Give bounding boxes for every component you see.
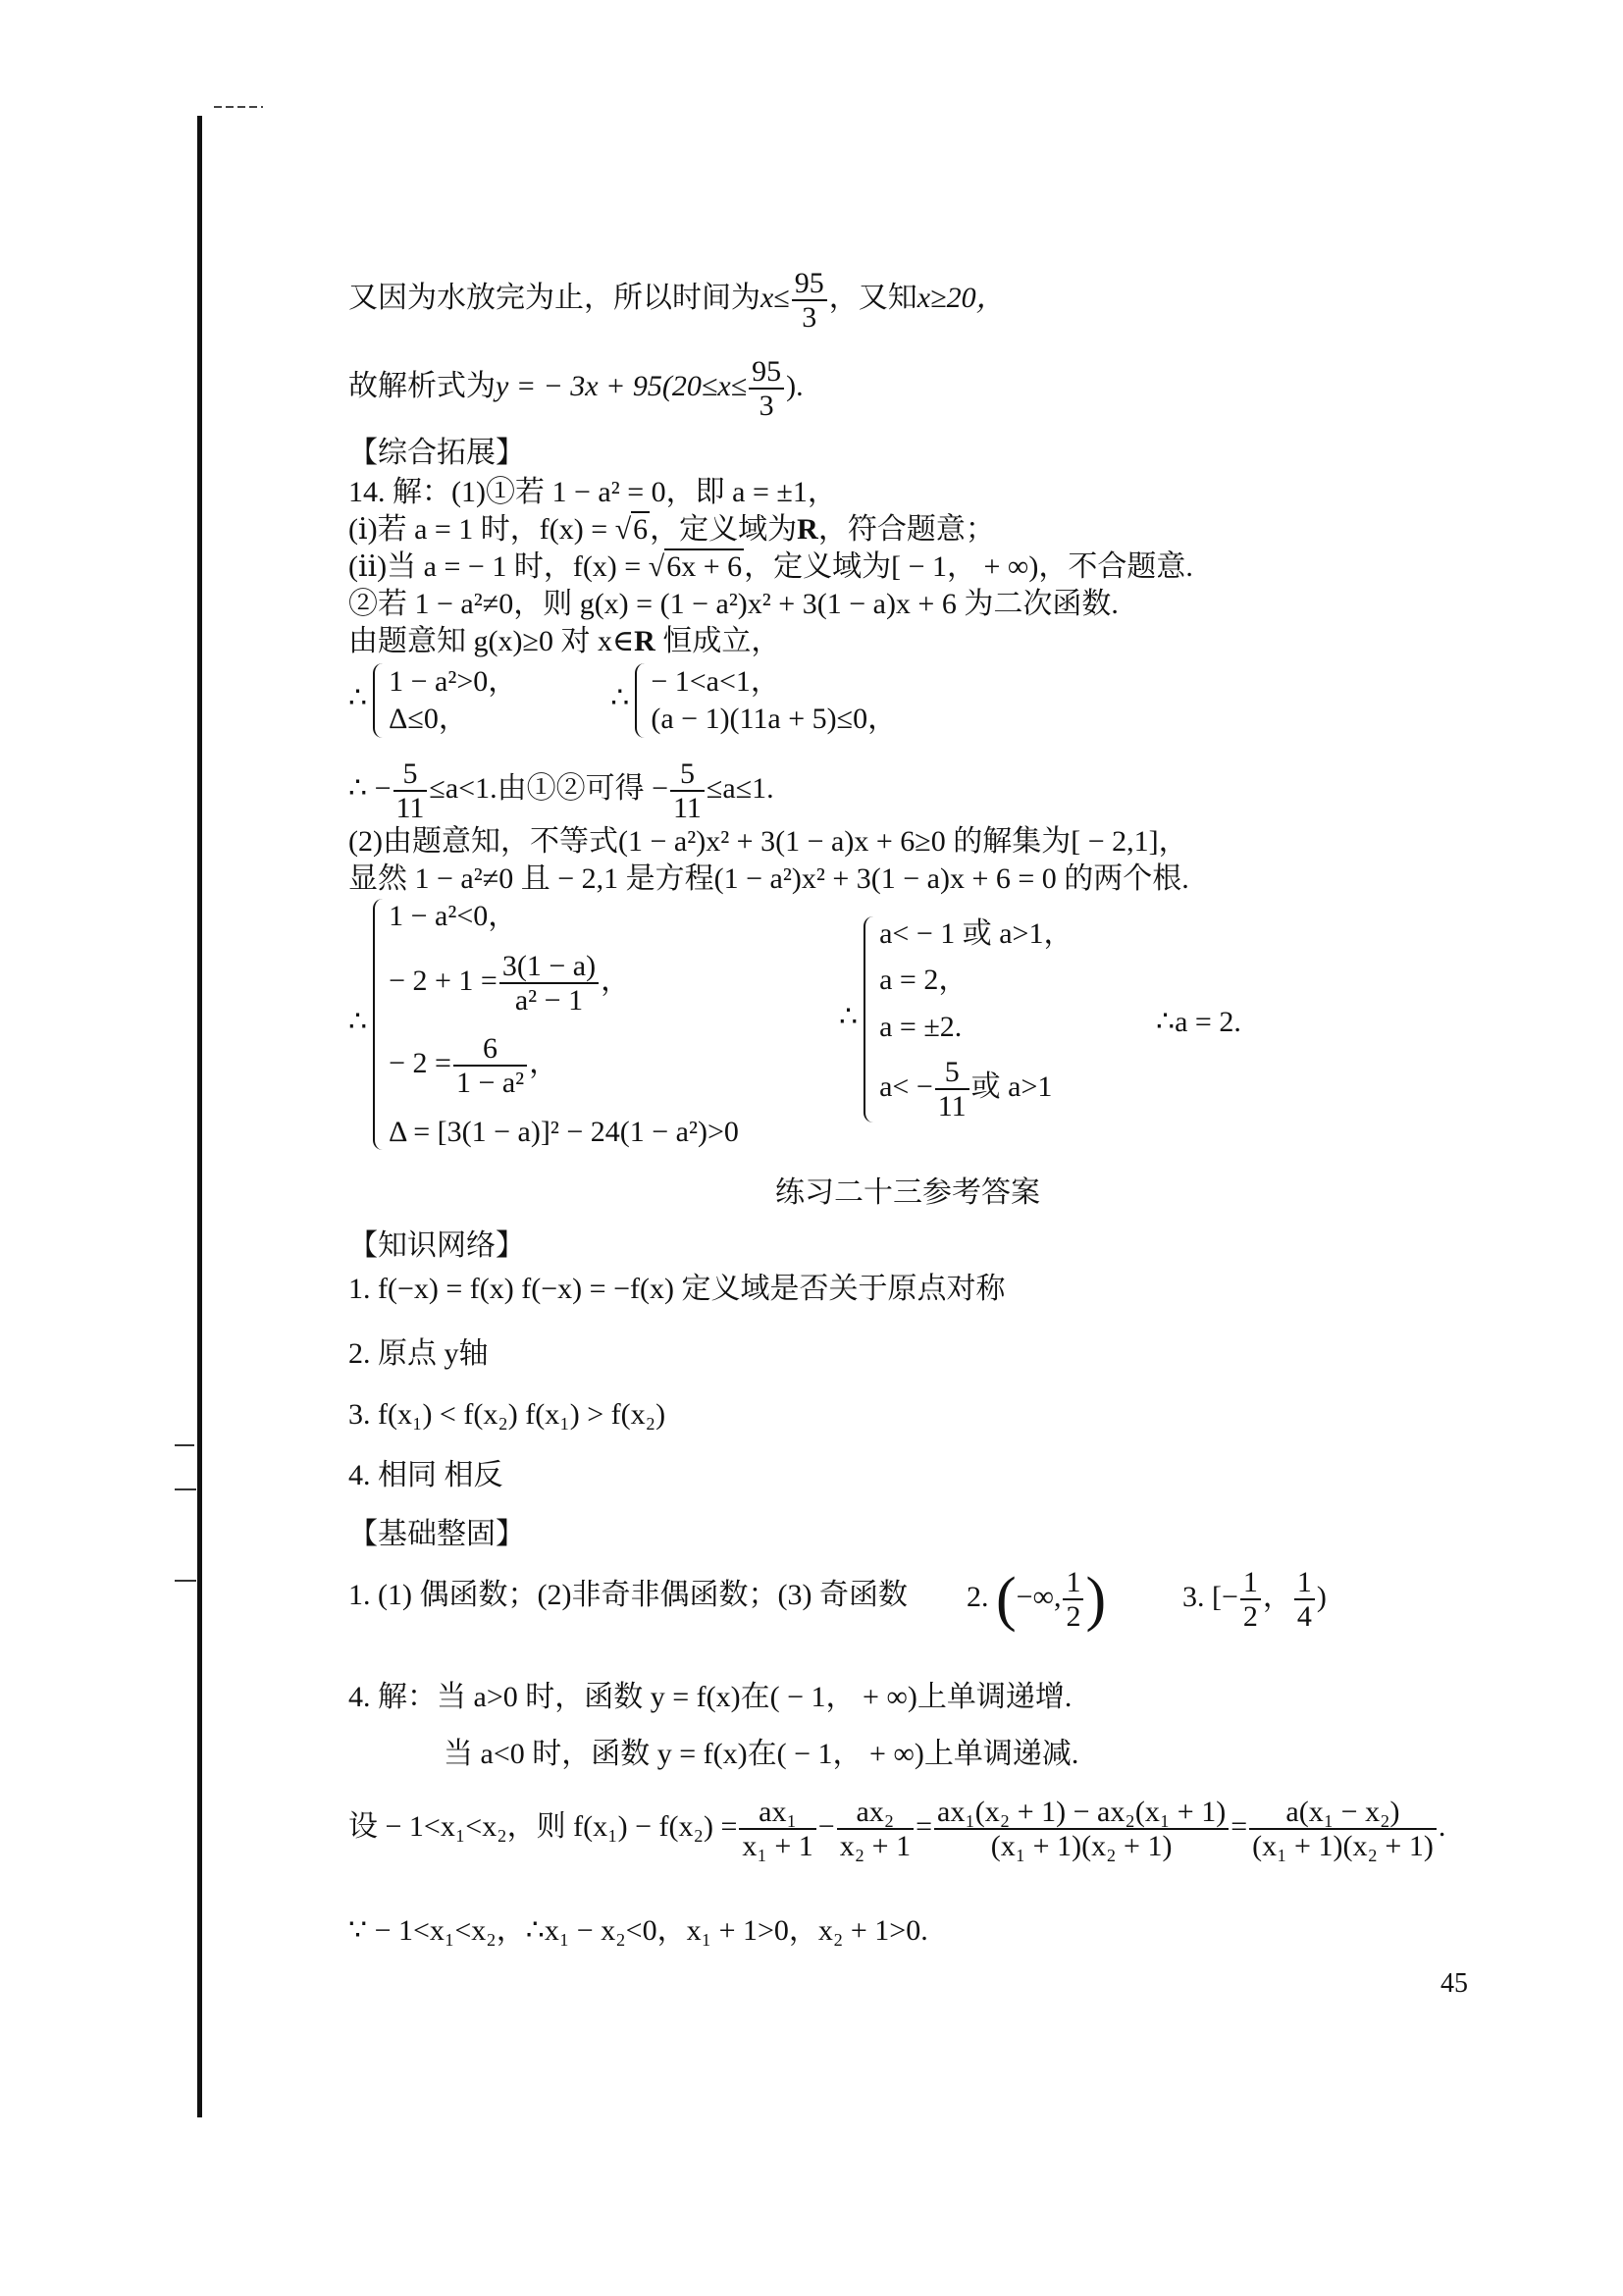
system-row: − 1<a<1，	[651, 663, 897, 701]
text: ∴ −	[348, 772, 392, 805]
fraction: 12	[1063, 1566, 1083, 1633]
fraction: ax₁x₁ + 1	[739, 1796, 815, 1862]
basic-q1: 1. (1) 偶函数；(2)非奇非偶函数；(3) 奇函数	[348, 1578, 908, 1613]
system-rows: a< − 1 或 a>1， a = 2， a = ±2. a< −511或 a>…	[879, 916, 1073, 1122]
brace	[373, 663, 385, 738]
knowledge-item-4: 4. 相同 相反	[348, 1458, 503, 1493]
equation-system-3: 1 − a²<0， − 2 + 1 =3(1 − a)a² − 1， − 2 =…	[373, 899, 739, 1150]
text: )	[1317, 1581, 1327, 1613]
answer-section-title: 练习二十三参考答案	[775, 1168, 1040, 1211]
text: −∞,	[1017, 1581, 1062, 1613]
fraction: 511	[393, 757, 428, 824]
therefore-symbol: ∴	[839, 1000, 858, 1035]
brace	[635, 663, 647, 738]
sqrt-radicand: 6	[631, 511, 650, 546]
denominator: (x₁ + 1)(x₂ + 1)	[934, 1830, 1229, 1862]
q14-line-4: ②若 1 − a²≠0，则 g(x) = (1 − a²)x² + 3(1 − …	[348, 587, 1119, 622]
knowledge-item-1: 1. f(−x) = f(x) f(−x) = −f(x) 定义域是否关于原点对…	[348, 1272, 1005, 1307]
numerator: 95	[749, 355, 784, 390]
system-row: a< −511或 a>1	[879, 1056, 1073, 1122]
q14-line-2: (ⅰ)若 a = 1 时，f(x) = √6，定义域为R，符合题意；	[348, 512, 995, 548]
brace	[864, 916, 875, 1122]
fraction: 953	[749, 355, 784, 422]
text: (ⅱ)当 a = − 1 时，f(x) =	[348, 550, 649, 583]
denominator: 1 − a²	[453, 1067, 527, 1099]
fraction: 12	[1240, 1566, 1261, 1633]
intro-line-1: 又因为水放完为止，所以时间为x≤953，又知x≥20，	[348, 267, 1006, 334]
part2-line-1: (2)由题意知，不等式(1 − a²)x² + 3(1 − a)x + 6≥0 …	[348, 824, 1188, 860]
text: 恒成立，	[655, 625, 781, 657]
section-title-jichu: 【基础整固】	[348, 1517, 525, 1552]
text: ，又知	[829, 282, 917, 314]
denominator: 2	[1063, 1600, 1083, 1633]
text: ，符合题意；	[818, 513, 995, 546]
text: 设 − 1<x₁<x₂，则 f(x₁) − f(x₂) =	[348, 1810, 737, 1843]
numerator: 5	[670, 757, 705, 792]
brace	[373, 899, 385, 1150]
fraction: ax₂x₂ + 1	[837, 1796, 914, 1862]
denominator: (x₁ + 1)(x₂ + 1)	[1249, 1830, 1437, 1862]
system-row: Δ≤0，	[389, 701, 517, 738]
text: ).	[786, 370, 804, 402]
page-number: 45	[1440, 1968, 1468, 2000]
real-set-symbol: R	[797, 513, 818, 546]
text: ≤a≤1.	[707, 772, 774, 805]
section-title-zhishi: 【知识网络】	[348, 1228, 525, 1264]
text: a< −	[879, 1070, 933, 1103]
text: ，定义域为	[650, 513, 797, 546]
fraction: 3(1 − a)a² − 1	[499, 950, 599, 1017]
numerator: 5	[393, 757, 428, 792]
q14-line-5: 由题意知 g(x)≥0 对 x∈R 恒成立，	[348, 624, 780, 659]
margin-tick	[175, 1580, 196, 1582]
denominator: 4	[1294, 1600, 1315, 1633]
basic-q4-line-1: 4. 解：当 a>0 时，函数 y = f(x)在( − 1， + ∞)上单调递…	[348, 1680, 1072, 1715]
system-row: (a − 1)(11a + 5)≤0，	[651, 701, 897, 738]
text: .	[1439, 1810, 1446, 1843]
system-rows: 1 − a²>0，Δ≤0，	[389, 663, 517, 738]
system-row-1: ∴1 − a²>0，Δ≤0， ∴− 1<a<1，(a − 1)(11a + 5)…	[348, 663, 897, 738]
numerator: 1	[1294, 1566, 1315, 1600]
denominator: x₂ + 1	[837, 1830, 914, 1862]
fraction: 511	[670, 757, 705, 824]
text: − 2 =	[389, 1047, 451, 1079]
denominator: 11	[935, 1090, 969, 1122]
scan-artifact-dash	[214, 106, 263, 108]
fraction: 61 − a²	[453, 1032, 527, 1099]
basic-q4-line-4: ∵ − 1<x₁<x₂，∴x₁ − x₂<0，x₁ + 1>0，x₂ + 1>0…	[348, 1913, 928, 1949]
question-number: 2.	[967, 1581, 989, 1613]
text: ，	[1263, 1581, 1292, 1613]
denominator: 3	[792, 301, 827, 334]
fraction: ax₁(x₂ + 1) − ax₂(x₁ + 1)(x₁ + 1)(x₂ + 1…	[934, 1796, 1229, 1862]
equation-system-4: a< − 1 或 a>1， a = 2， a = ±2. a< −511或 a>…	[864, 916, 1073, 1122]
text: (ⅰ)若 a = 1 时，f(x) =	[348, 513, 615, 546]
denominator: a² − 1	[499, 984, 599, 1017]
text: 由题意知 g(x)≥0 对 x∈	[348, 625, 634, 657]
therefore-symbol: ∴	[348, 680, 367, 717]
text: −	[818, 1810, 835, 1843]
var-x: x	[760, 282, 773, 314]
system-row: − 2 =61 − a²，	[389, 1032, 739, 1099]
basic-q3: 3. [−12，14)	[1182, 1566, 1327, 1633]
denominator: 11	[393, 792, 428, 824]
section-title-zonghe: 【综合拓展】	[348, 436, 525, 471]
system-row: − 2 + 1 =3(1 − a)a² − 1，	[389, 950, 739, 1017]
therefore-symbol: ∴	[348, 1005, 367, 1040]
numerator: 5	[935, 1056, 969, 1090]
system-row-2: ∴ 1 − a²<0， − 2 + 1 =3(1 − a)a² − 1， − 2…	[348, 899, 739, 1150]
basic-q2: 2. (−∞,12)	[967, 1566, 1106, 1633]
numerator: ax₁	[739, 1796, 815, 1830]
denominator: 2	[1240, 1600, 1261, 1633]
q14-line-1: 14. 解：(1)①若 1 − a² = 0，即 a = ±1，	[348, 475, 837, 510]
numerator: a(x₁ − x₂)	[1249, 1796, 1437, 1830]
condition: x≥20，	[917, 282, 1006, 314]
numerator: 1	[1063, 1566, 1083, 1600]
numerator: ax₂	[837, 1796, 914, 1830]
fraction: 953	[792, 267, 827, 334]
numerator: 6	[453, 1032, 527, 1067]
part2-line-2: 显然 1 − a²≠0 且 − 2,1 是方程(1 − a²)x² + 3(1 …	[348, 861, 1189, 897]
system-row: 1 − a²>0，	[389, 663, 517, 701]
denominator: 11	[670, 792, 705, 824]
right-paren: )	[1085, 1566, 1106, 1633]
margin-tick	[175, 1488, 196, 1490]
text: ，	[601, 965, 630, 997]
intro-line-2: 故解析式为y = − 3x + 95(20≤x≤953).	[348, 355, 804, 422]
binding-edge-line	[197, 116, 202, 2117]
left-paren: (	[996, 1566, 1017, 1633]
numerator: ax₁(x₂ + 1) − ax₂(x₁ + 1)	[934, 1796, 1229, 1830]
text: =	[916, 1810, 932, 1843]
therefore-symbol: ∴	[610, 680, 629, 717]
system-row: a = ±2.	[879, 1010, 1073, 1045]
text: 故解析式为	[348, 370, 496, 402]
denominator: x₁ + 1	[739, 1830, 815, 1862]
fraction: 511	[935, 1056, 969, 1122]
system-row: a< − 1 或 a>1，	[879, 916, 1073, 952]
basic-q4-line-3: 设 − 1<x₁<x₂，则 f(x₁) − f(x₂) =ax₁x₁ + 1−a…	[348, 1796, 1445, 1862]
fraction: 14	[1294, 1566, 1315, 1633]
denominator: 3	[749, 390, 784, 422]
system-row: a = 2，	[879, 963, 1073, 998]
text: ，定义域为[ − 1， + ∞)，不合题意.	[744, 550, 1193, 583]
text: 3. [−	[1182, 1581, 1238, 1613]
equation-system-2: − 1<a<1，(a − 1)(11a + 5)≤0，	[635, 663, 897, 738]
knowledge-item-2: 2. 原点 y轴	[348, 1336, 489, 1372]
q14-line-3: (ⅱ)当 a = − 1 时，f(x) = √6x + 6，定义域为[ − 1，…	[348, 549, 1193, 585]
system-row: 1 − a²<0，	[389, 899, 739, 934]
knowledge-item-3: 3. f(x₁) < f(x₂) f(x₁) > f(x₂)	[348, 1397, 665, 1433]
text: =	[1230, 1810, 1247, 1843]
equation-system-1: 1 − a²>0，Δ≤0，	[373, 663, 517, 738]
final-answer: ∴a = 2.	[1156, 1005, 1241, 1040]
conclusion-line-1: ∴ −511≤a<1.由①②可得 −511≤a≤1.	[348, 757, 774, 824]
numerator: 3(1 − a)	[499, 950, 599, 984]
text: ，	[529, 1047, 558, 1079]
text: 又因为水放完为止，所以时间为	[348, 282, 760, 314]
symbol: ≤	[773, 282, 789, 314]
system-row: Δ = [3(1 − a)]² − 24(1 − a²)>0	[389, 1115, 739, 1150]
equation: y = − 3x + 95(20≤x≤	[496, 370, 747, 402]
real-set-symbol: R	[634, 625, 655, 657]
basic-q4-line-2: 当 a<0 时，函数 y = f(x)在( − 1， + ∞)上单调递减.	[444, 1737, 1078, 1772]
margin-tick	[175, 1444, 194, 1446]
fraction: a(x₁ − x₂)(x₁ + 1)(x₂ + 1)	[1249, 1796, 1437, 1862]
system-rows: − 1<a<1，(a − 1)(11a + 5)≤0，	[651, 663, 897, 738]
text: − 2 + 1 =	[389, 965, 497, 997]
system-row-3: ∴ a< − 1 或 a>1， a = 2， a = ±2. a< −511或 …	[839, 916, 1073, 1122]
numerator: 1	[1240, 1566, 1261, 1600]
text: ≤a<1.由①②可得 −	[429, 772, 668, 805]
sqrt-radicand: 6x + 6	[664, 548, 744, 583]
text: 或 a>1	[971, 1070, 1053, 1103]
numerator: 95	[792, 267, 827, 301]
system-rows: 1 − a²<0， − 2 + 1 =3(1 − a)a² − 1， − 2 =…	[389, 899, 739, 1150]
